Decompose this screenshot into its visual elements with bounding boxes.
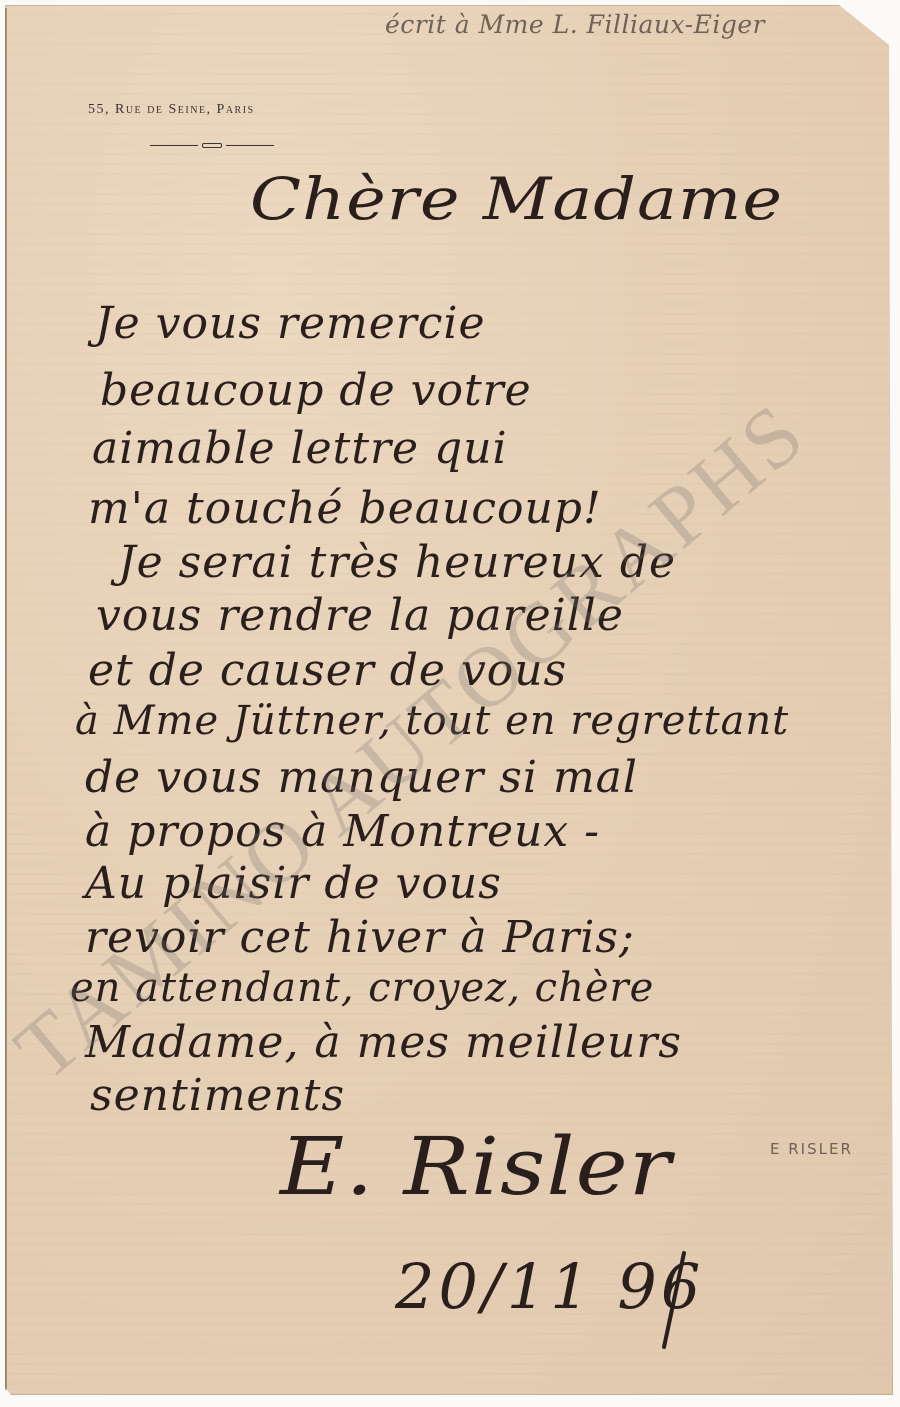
- letter-line: Je serai très heureux de: [118, 537, 676, 588]
- signature: E. Risler: [280, 1120, 672, 1213]
- letter-line: revoir cet hiver à Paris;: [85, 912, 635, 963]
- letter-line: Madame, à mes meilleurs: [85, 1017, 682, 1068]
- pencil-annotation-signer: E RISLER: [770, 1140, 853, 1158]
- letter-line: Je vous remercie: [95, 298, 486, 349]
- letter-line: à propos à Montreux -: [85, 806, 600, 857]
- letter-date: 20/11 96: [395, 1250, 704, 1323]
- letter-line: et de causer de vous: [88, 645, 567, 696]
- sheet-edge: [5, 8, 7, 1390]
- letter-line: m'a touché beaucoup!: [88, 483, 602, 534]
- salutation: Chère Madame: [250, 165, 783, 233]
- letter-line: aimable lettre qui: [92, 423, 508, 474]
- letterhead-ornament: [150, 143, 274, 149]
- letter-line: beaucoup de votre: [100, 365, 532, 416]
- letter-line: vous rendre la pareille: [96, 590, 624, 641]
- letter-line: sentiments: [90, 1070, 345, 1121]
- letterhead-address: 55, Rue de Seine, Paris: [88, 102, 255, 118]
- letter-line: de vous manquer si mal: [85, 752, 638, 803]
- letter-line: à Mme Jüttner, tout en regrettant: [75, 698, 789, 744]
- letter-line: en attendant, croyez, chère: [70, 965, 654, 1011]
- pencil-annotation-recipient: écrit à Mme L. Filliaux-Eiger: [385, 10, 765, 39]
- letter-line: Au plaisir de vous: [85, 858, 502, 909]
